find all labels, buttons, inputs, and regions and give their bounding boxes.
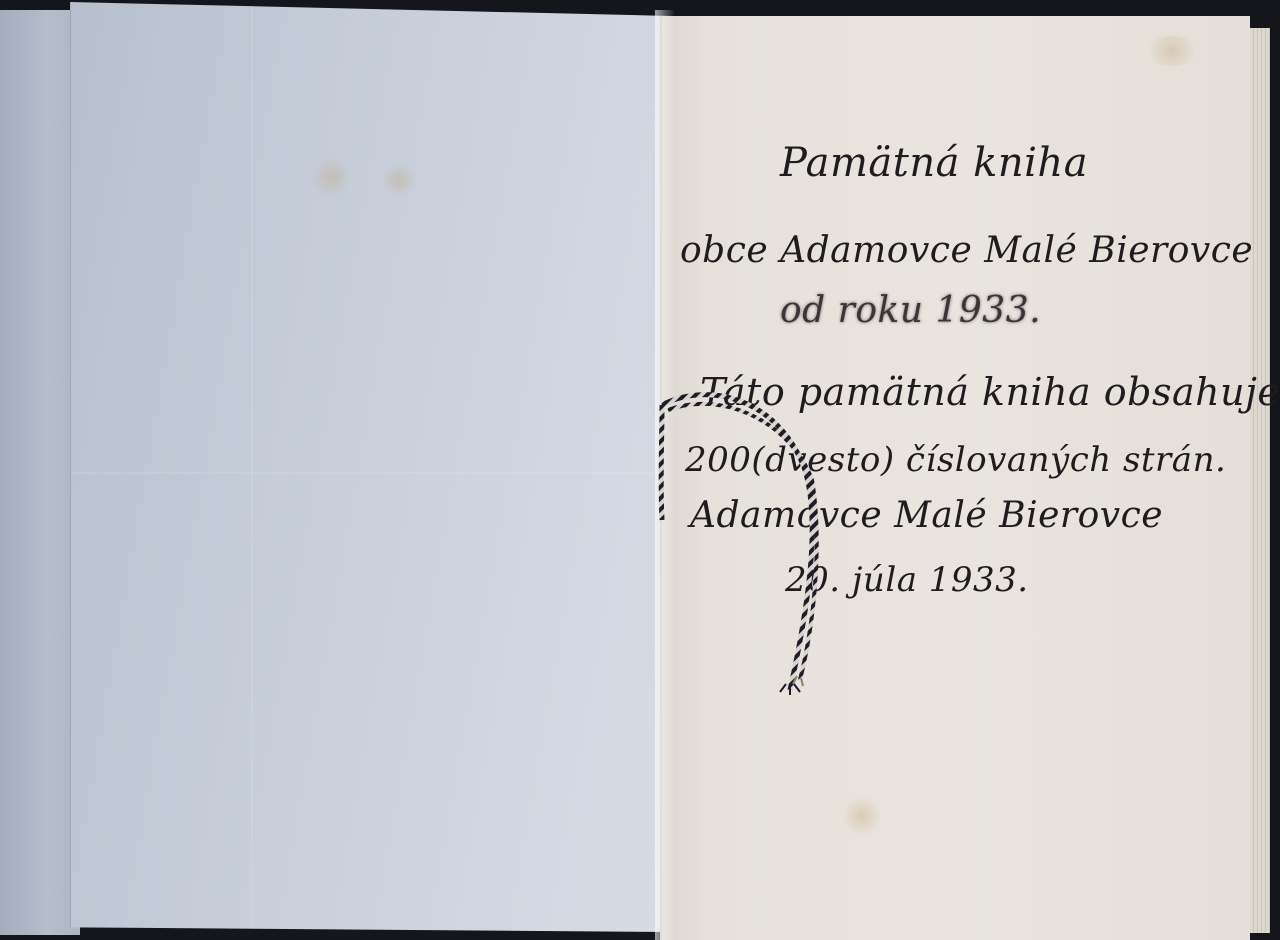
paper-stain: [1142, 36, 1202, 66]
date-line: 20. júla 1933.: [785, 560, 1029, 600]
place-line: Adamovce Malé Bierovce: [690, 495, 1163, 536]
book-photo: Pamätná kniha obce Adamovce Malé Bierovc…: [0, 0, 1280, 940]
paper-stain: [842, 796, 882, 836]
page-fold: [71, 472, 671, 474]
gutter: [655, 10, 675, 940]
contents-line: Táto pamätná kniha obsahuje: [700, 370, 1280, 414]
paper-stain: [311, 157, 351, 197]
title-line: Pamätná kniha: [780, 140, 1088, 186]
paper-stain: [381, 162, 417, 198]
inside-cover: [0, 10, 80, 935]
page-count-line: 200(dvesto) číslovaných strán.: [685, 440, 1226, 480]
page-fold: [251, 2, 253, 932]
left-flyleaf-page: [70, 2, 670, 932]
since-year-line: od roku 1933.: [780, 290, 1041, 331]
municipality-line: obce Adamovce Malé Bierovce: [680, 230, 1253, 271]
